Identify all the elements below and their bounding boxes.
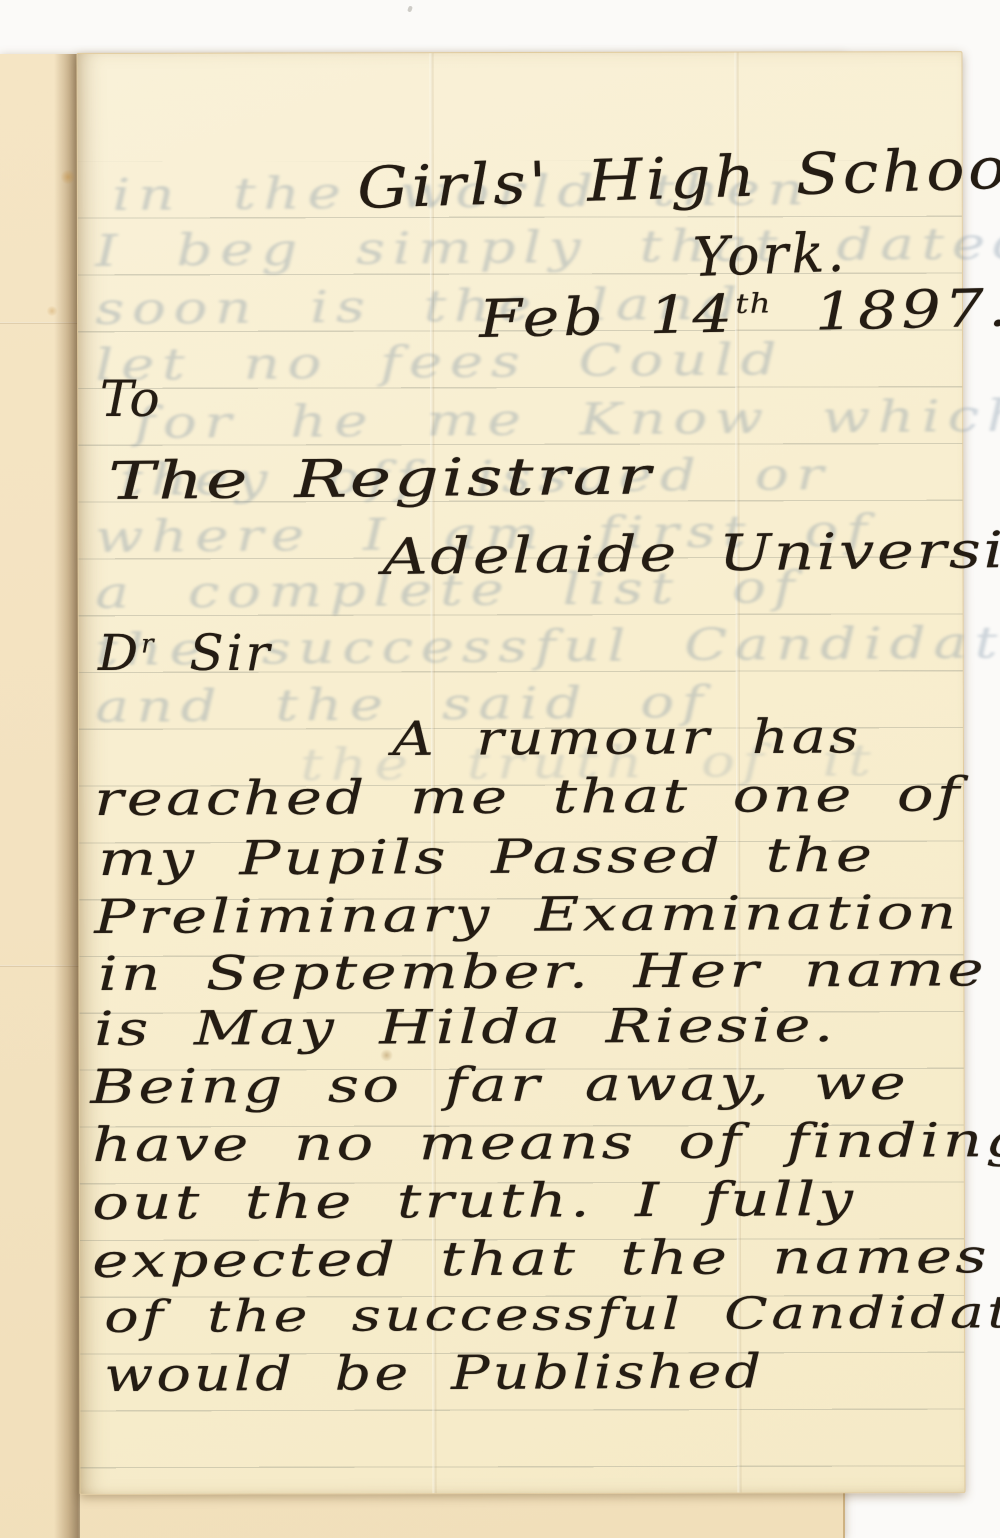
salutation-line: Dr Sir [98,624,273,682]
date-superscript: th [735,288,772,320]
body-line: in September. Her name [98,942,987,1002]
body-line: expected that the names [92,1229,990,1289]
body-line: A rumour has [392,709,862,767]
body-line: of the successful Candidates [104,1287,1000,1343]
body-line: is May Hilda Riesie. [94,998,837,1057]
salutation-initial: D [98,624,141,682]
body-line: would be Published [104,1344,765,1403]
address-institution-line: Adelaide University [382,520,1000,586]
body-line: have no means of finding [92,1113,1000,1173]
address-to-line: To [100,370,160,428]
body-line: out the truth. I fully [92,1172,857,1231]
date-year: 1897. [771,278,1000,343]
header-date-line: Feb 14th 1897. [478,278,1000,350]
bleed-through-line: for he me Know which [134,391,1000,449]
bleed-through-line: I beg simply that dated [95,218,1000,277]
header-place-line: York. [692,221,848,289]
address-recipient-line: The Registrar [108,446,654,512]
body-line: reached me that one of [94,767,963,827]
salutation-rest: Sir [155,624,273,682]
date-main: Feb 14 [478,284,737,350]
salutation-superscript: r [141,629,154,659]
scan-speck [407,5,413,12]
body-line: my Pupils Passed the [98,828,876,887]
body-line: Preliminary Examination [94,885,960,945]
body-line: Being so far away, we [90,1056,909,1115]
